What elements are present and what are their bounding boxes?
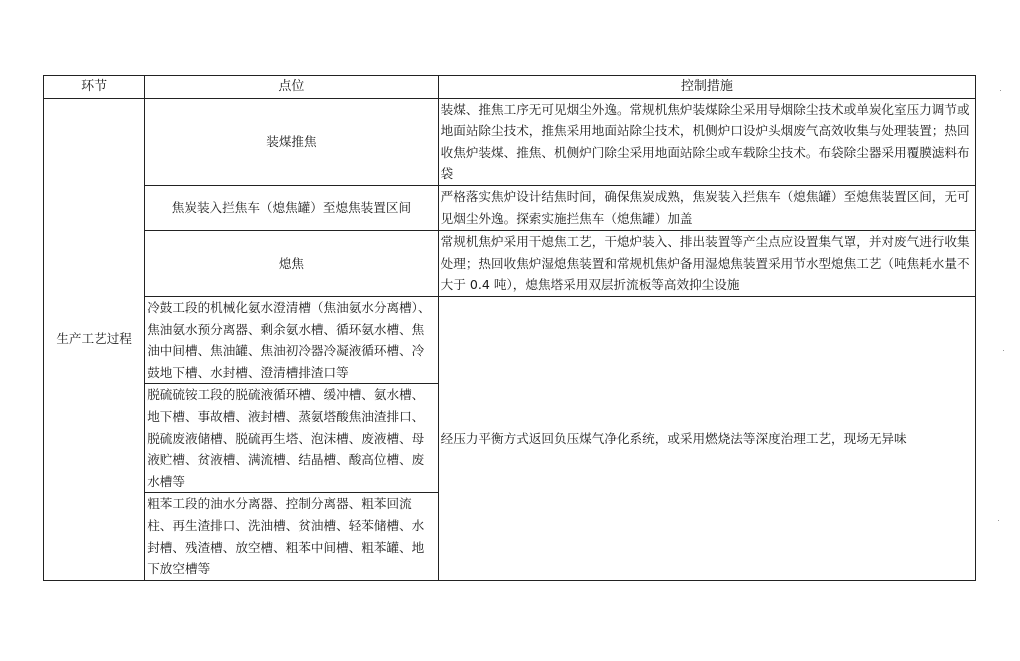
table-row: 生产工艺过程 装煤推焦 装煤、推焦工序无可见烟尘外逸。常规机焦炉装煤除尘采用导烟…: [44, 98, 976, 185]
table-row: 焦炭装入拦焦车（熄焦罐）至熄焦装置区间 严格落实焦炉设计结焦时间，确保焦炭成熟，…: [44, 185, 976, 230]
location-cell: 焦炭装入拦焦车（熄焦罐）至熄焦装置区间: [145, 185, 438, 230]
measures-cell: 装煤、推焦工序无可见烟尘外逸。常规机焦炉装煤除尘采用导烟除尘技术或单炭化室压力调…: [438, 98, 975, 185]
location-cell: 装煤推焦: [145, 98, 438, 185]
scan-speck: [998, 520, 999, 521]
location-cell: 冷鼓工段的机械化氨水澄清槽（焦油氨水分离槽）、焦油氨水预分离器、剩余氨水槽、循环…: [145, 296, 438, 383]
table-header-row: 环节 点位 控制措施: [44, 76, 976, 99]
scan-speck: [1003, 350, 1004, 351]
control-measures-table: 环节 点位 控制措施 生产工艺过程 装煤推焦 装煤、推焦工序无可见烟尘外逸。常规…: [43, 75, 976, 581]
location-cell: 熄焦: [145, 230, 438, 296]
header-measures: 控制措施: [438, 76, 975, 99]
measures-cell: 常规机焦炉采用干熄焦工艺，干熄炉装入、排出装置等产尘点应设置集气罩，并对废气进行…: [438, 230, 975, 296]
scan-speck: [1000, 90, 1001, 91]
table-row: 熄焦 常规机焦炉采用干熄焦工艺，干熄炉装入、排出装置等产尘点应设置集气罩，并对废…: [44, 230, 976, 296]
location-cell: 粗苯工段的油水分离器、控制分离器、粗苯回流柱、再生渣排口、洗油槽、贫油槽、轻苯储…: [145, 493, 438, 580]
measures-cell: 严格落实焦炉设计结焦时间，确保焦炭成熟，焦炭装入拦焦车（熄焦罐）至熄焦装置区间，…: [438, 185, 975, 230]
stage-cell: 生产工艺过程: [44, 98, 145, 580]
location-cell: 脱硫硫铵工段的脱硫液循环槽、缓冲槽、氨水槽、地下槽、事故槽、液封槽、蒸氨塔酸焦油…: [145, 384, 438, 493]
header-stage: 环节: [44, 76, 145, 99]
table-row: 冷鼓工段的机械化氨水澄清槽（焦油氨水分离槽）、焦油氨水预分离器、剩余氨水槽、循环…: [44, 296, 976, 383]
merged-measures-cell: 经压力平衡方式返回负压煤气净化系统，或采用燃烧法等深度治理工艺，现场无异味: [438, 296, 975, 580]
header-location: 点位: [145, 76, 438, 99]
